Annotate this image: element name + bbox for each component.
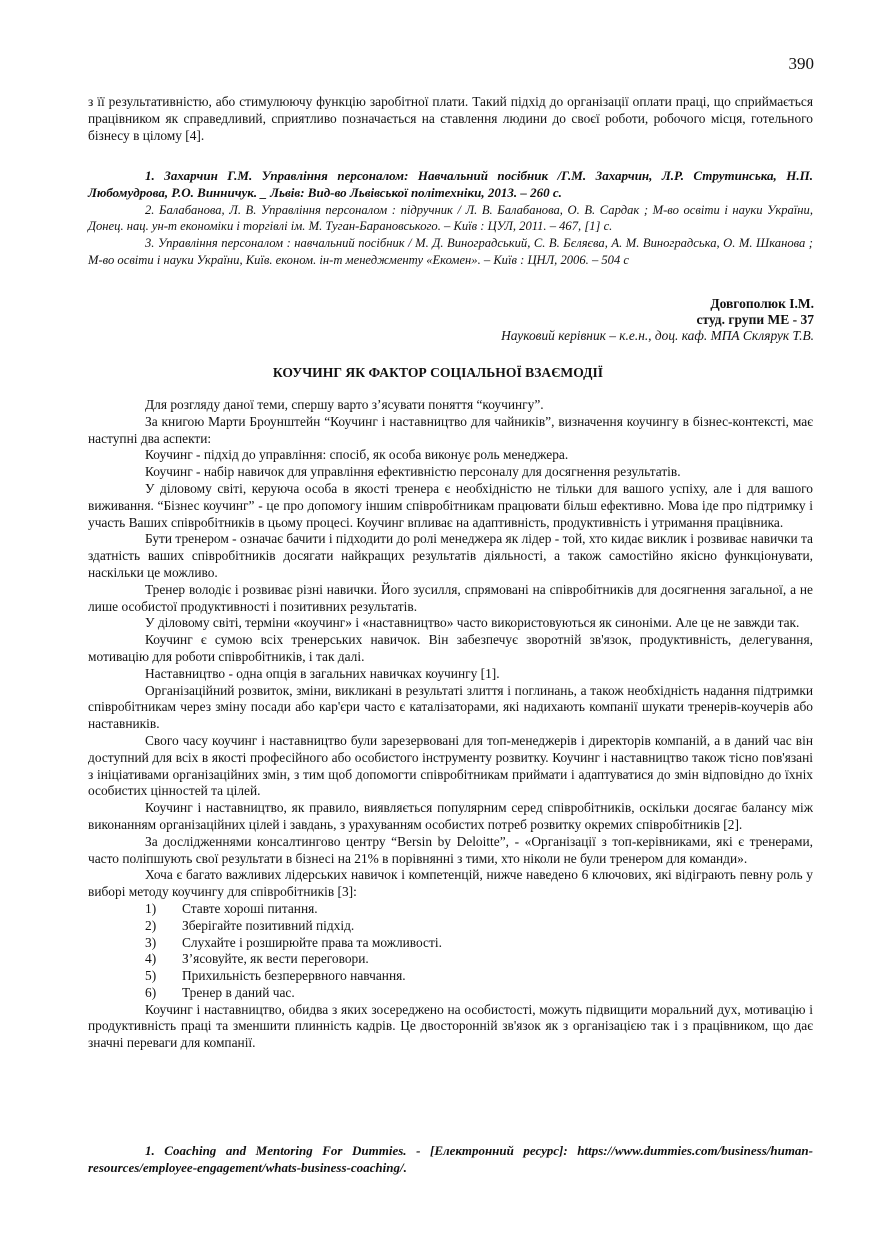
reference-item: 1. Захарчин Г.М. Управління персоналом: … bbox=[88, 168, 813, 202]
article-title: КОУЧИНГ ЯК ФАКТОР СОЦІАЛЬНОЇ ВЗАЄМОДІЇ bbox=[0, 365, 876, 381]
list-number: 3) bbox=[145, 935, 156, 952]
list-text: З’ясовуйте, як вести переговори. bbox=[182, 951, 369, 966]
article-references: 1. Coaching and Mentoring For Dummies. -… bbox=[88, 1143, 813, 1177]
body-paragraph: Свого часу коучинг і наставництво були з… bbox=[88, 733, 813, 800]
list-number: 4) bbox=[145, 951, 156, 968]
author-block: Довгополюк І.М. студ. групи МЕ - 37 Наук… bbox=[501, 296, 814, 344]
list-number: 2) bbox=[145, 918, 156, 935]
reference-item: 3. Управління персоналом : навчальний по… bbox=[88, 235, 813, 269]
body-paragraph: Організаційний розвиток, зміни, викликан… bbox=[88, 683, 813, 733]
list-text: Тренер в даний час. bbox=[182, 985, 295, 1000]
author-name: Довгополюк І.М. bbox=[501, 296, 814, 312]
body-paragraph: Тренер володіє і розвиває різні навички.… bbox=[88, 582, 813, 616]
intro-section: з її результативністю, або стимулюючу фу… bbox=[88, 94, 813, 144]
list-text: Зберігайте позитивний підхід. bbox=[182, 918, 354, 933]
body-paragraph: Коучинг є сумою всіх тренерських навичок… bbox=[88, 632, 813, 666]
body-paragraph: Хоча є багато важливих лідерських навичо… bbox=[88, 867, 813, 901]
list-item: 1)Ставте хороші питання. bbox=[88, 901, 813, 918]
body-paragraph: За дослідженнями консалтингово центру “B… bbox=[88, 834, 813, 868]
list-item: 4)З’ясовуйте, як вести переговори. bbox=[88, 951, 813, 968]
body-paragraph: Коучинг - набір навичок для управління е… bbox=[88, 464, 813, 481]
list-item: 3)Слухайте і розширюйте права та можливо… bbox=[88, 935, 813, 952]
list-number: 6) bbox=[145, 985, 156, 1002]
list-item: 5)Прихильність безперервного навчання. bbox=[88, 968, 813, 985]
body-paragraph: Для розгляду даної теми, спершу варто з’… bbox=[88, 397, 813, 414]
body-paragraph: Коучинг і наставництво, як правило, вияв… bbox=[88, 800, 813, 834]
intro-paragraph: з її результативністю, або стимулюючу фу… bbox=[88, 94, 813, 144]
body-paragraph: У діловому світі, керуюча особа в якості… bbox=[88, 481, 813, 531]
article-body: Для розгляду даної теми, спершу варто з’… bbox=[88, 397, 813, 1052]
list-text: Прихильність безперервного навчання. bbox=[182, 968, 406, 983]
body-paragraph: У діловому світі, терміни «коучинг» і «н… bbox=[88, 615, 813, 632]
list-number: 1) bbox=[145, 901, 156, 918]
closing-paragraph: Коучинг і наставництво, обидва з яких зо… bbox=[88, 1002, 813, 1052]
list-text: Слухайте і розширюйте права та можливост… bbox=[182, 935, 442, 950]
body-paragraph: Коучинг - підхід до управління: спосіб, … bbox=[88, 447, 813, 464]
list-item: 6)Тренер в даний час. bbox=[88, 985, 813, 1002]
reference-item: 1. Coaching and Mentoring For Dummies. -… bbox=[88, 1143, 813, 1177]
supervisor: Науковий керівник – к.е.н., доц. каф. МП… bbox=[501, 328, 814, 344]
list-item: 2)Зберігайте позитивний підхід. bbox=[88, 918, 813, 935]
body-paragraph: За книгою Марти Броунштейн “Коучинг і на… bbox=[88, 414, 813, 448]
list-number: 5) bbox=[145, 968, 156, 985]
body-paragraph: Бути тренером - означає бачити і підходи… bbox=[88, 531, 813, 581]
page-number: 390 bbox=[789, 54, 815, 74]
reference-item: 2. Балабанова, Л. В. Управління персонал… bbox=[88, 202, 813, 236]
body-paragraph: Наставництво - одна опція в загальних на… bbox=[88, 666, 813, 683]
skills-list: 1)Ставте хороші питання. 2)Зберігайте по… bbox=[88, 901, 813, 1002]
author-group: студ. групи МЕ - 37 bbox=[501, 312, 814, 328]
previous-references: 1. Захарчин Г.М. Управління персоналом: … bbox=[88, 168, 813, 269]
list-text: Ставте хороші питання. bbox=[182, 901, 318, 916]
